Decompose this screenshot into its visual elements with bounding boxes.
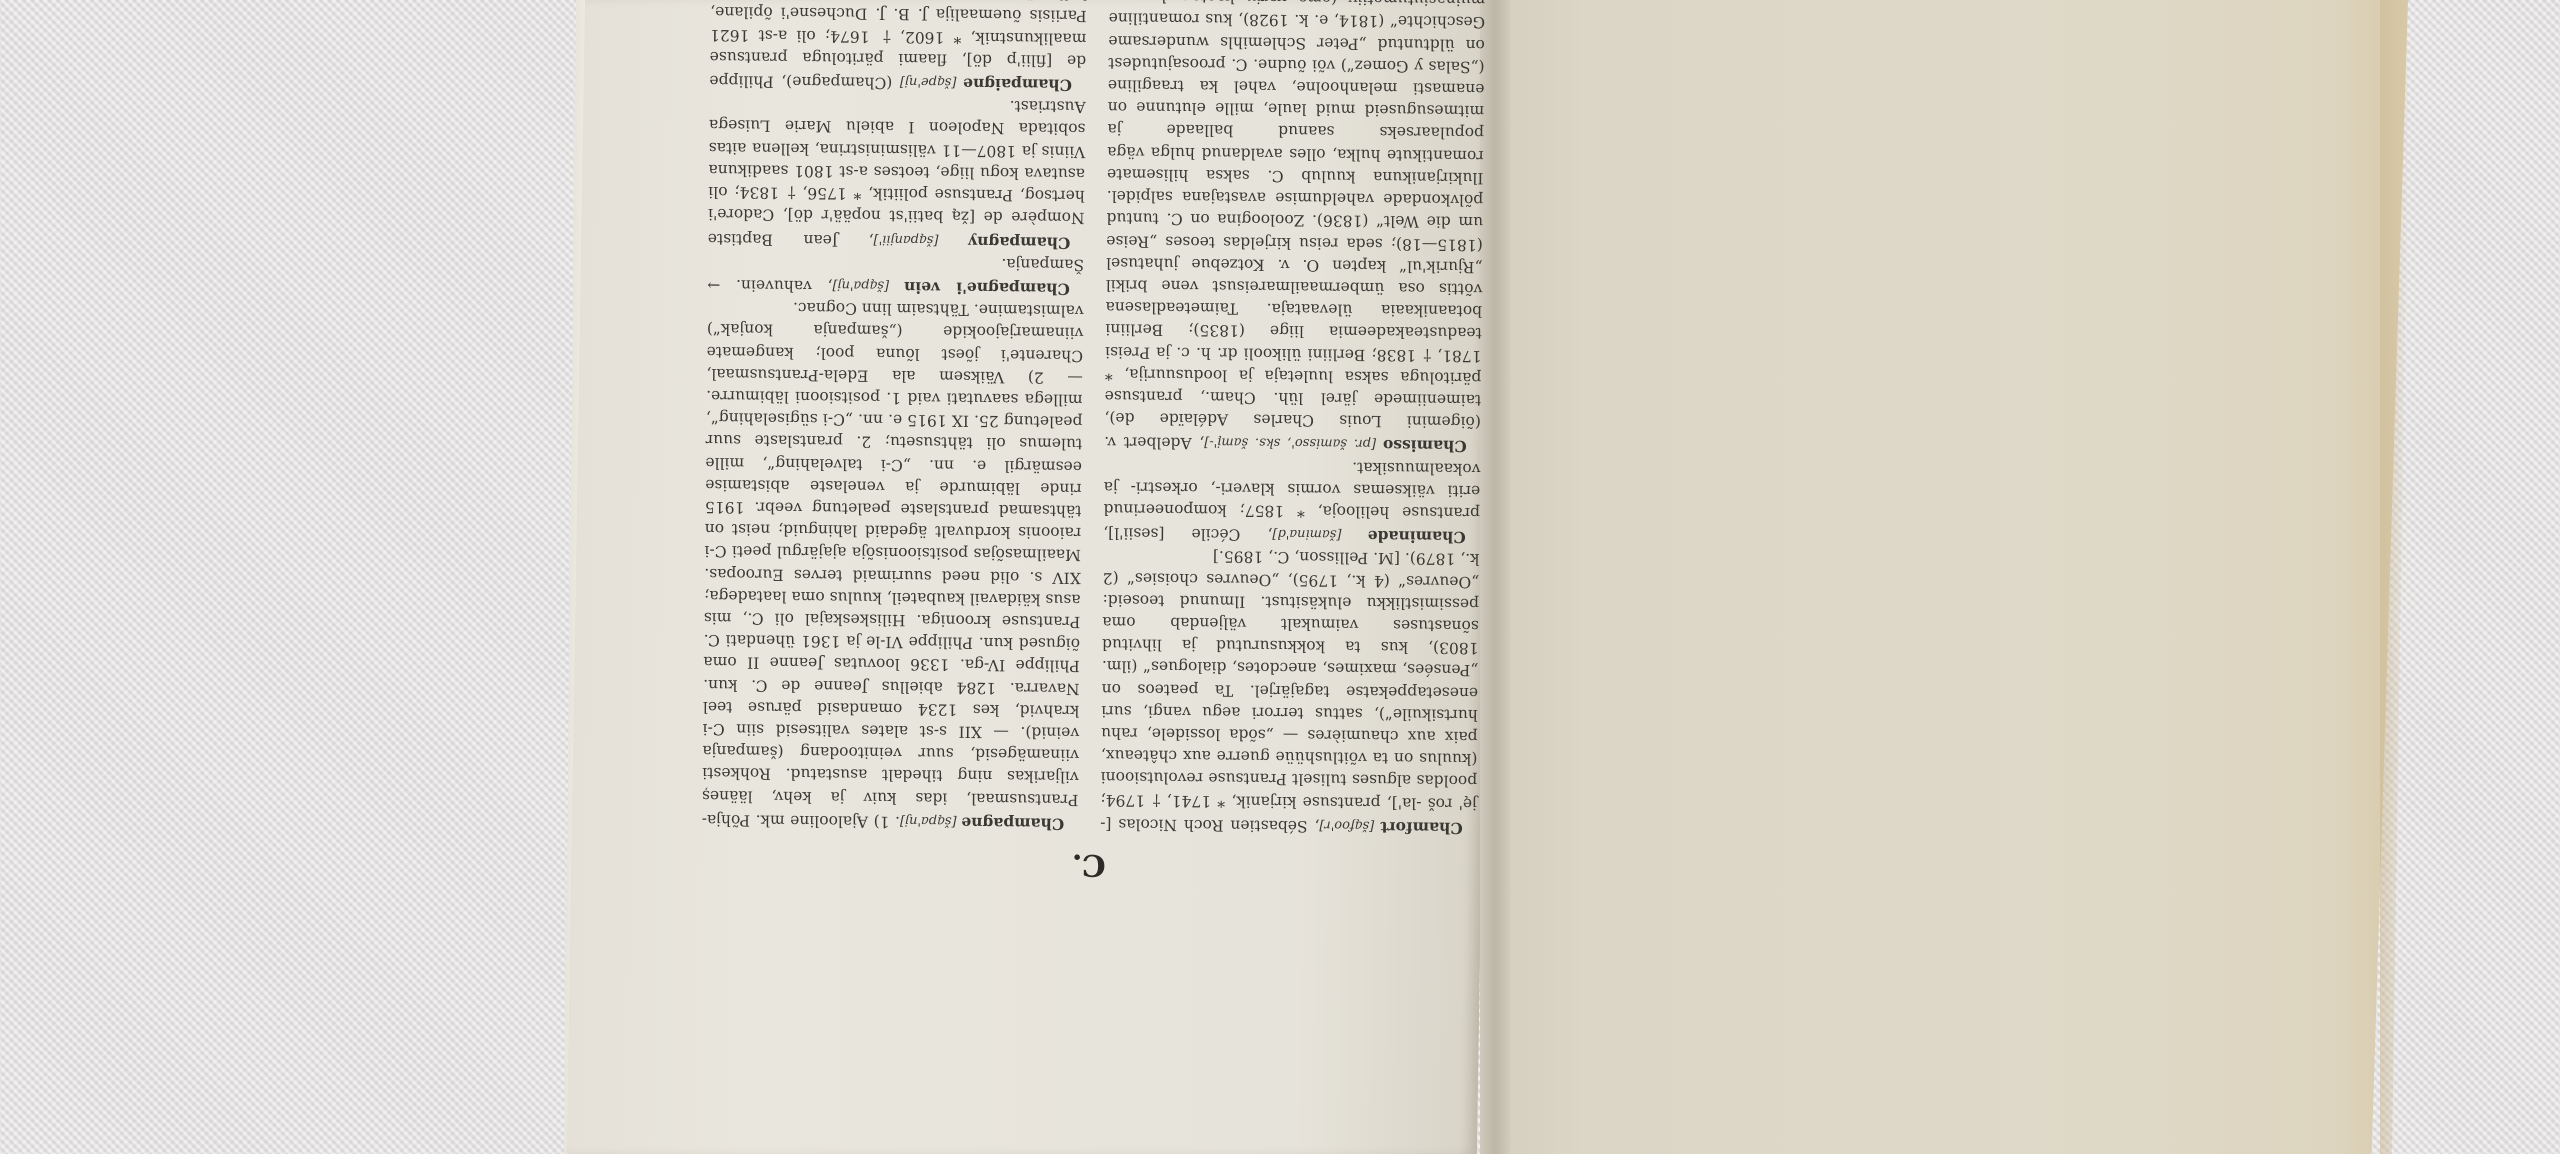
encyclopedia-entry: Chamfort [šąfoo'r], Sébastien Roch Nicol…: [1100, 544, 1480, 839]
entry-pronunciation: [šąfoo'r]: [1319, 817, 1380, 833]
entry-headword: Champagne'i vein: [904, 278, 1070, 299]
entry-pronunciation: [šąpa'nj]: [832, 277, 904, 293]
entry-headword: Champagny: [968, 232, 1070, 252]
entry-text: , Adelbert v. (õigemini Louis Charles Ad…: [1104, 0, 1486, 453]
right-text-column: Champagne [šąpa'nj]. 1) Ajalooline mk. P…: [702, 0, 1090, 835]
right-page-blank: [1498, 0, 2408, 1154]
encyclopedia-entry: Champaigne [šąpe'nj] (Champagne), Philip…: [709, 0, 1089, 96]
entry-text: . 1) Ajalooline mk. Põhja-Prantsusmaal, …: [702, 299, 1084, 831]
encyclopedia-entry: Chaminade [šamina'd], Cécile [sesii'l], …: [1103, 453, 1480, 548]
entry-pronunciation: [šamina'd]: [1272, 526, 1368, 542]
encyclopedia-entry: Chamisso [pr. šamisso', sks. šamį'-], Ad…: [1104, 0, 1486, 457]
encyclopedia-entry: Champagne [šąpa'nj]. 1) Ajalooline mk. P…: [702, 296, 1084, 835]
entry-pronunciation: [šąpa'nj]: [900, 813, 961, 829]
entry-headword: Chaminade: [1368, 527, 1466, 547]
entry-text: , Sébastien Roch Nicolas [-ję' roš -la']…: [1100, 548, 1479, 836]
entry-headword: Chamisso: [1383, 436, 1467, 456]
entry-text: , Jean Baptiste Nompère de [žą batii'st …: [708, 97, 1086, 249]
book-gutter: [1480, 0, 1510, 1154]
encyclopedia-entry: Champagny [šąpanjii'], Jean Baptiste Nom…: [708, 92, 1086, 253]
encyclopedia-entry: Champagne'i vein [šąpa'nj], vahuvein. → …: [707, 249, 1084, 299]
entry-pronunciation: [šąpe'nj]: [900, 74, 963, 90]
left-text-column: Chamfort [šąfoo'r], Sébastien Roch Nicol…: [1100, 0, 1488, 839]
entry-pronunciation: [šąpanjii']: [873, 231, 968, 247]
entry-headword: Champagne: [961, 813, 1064, 833]
entry-headword: Champaigne: [963, 75, 1072, 95]
printed-text-block: C. Chamfort [šąfoo'r], Sébastien Roch Ni…: [701, 136, 1484, 879]
entry-pronunciation: [pr. šamisso', sks. šamį'-]: [1204, 435, 1383, 452]
entry-headword: Chamfort: [1380, 818, 1463, 838]
